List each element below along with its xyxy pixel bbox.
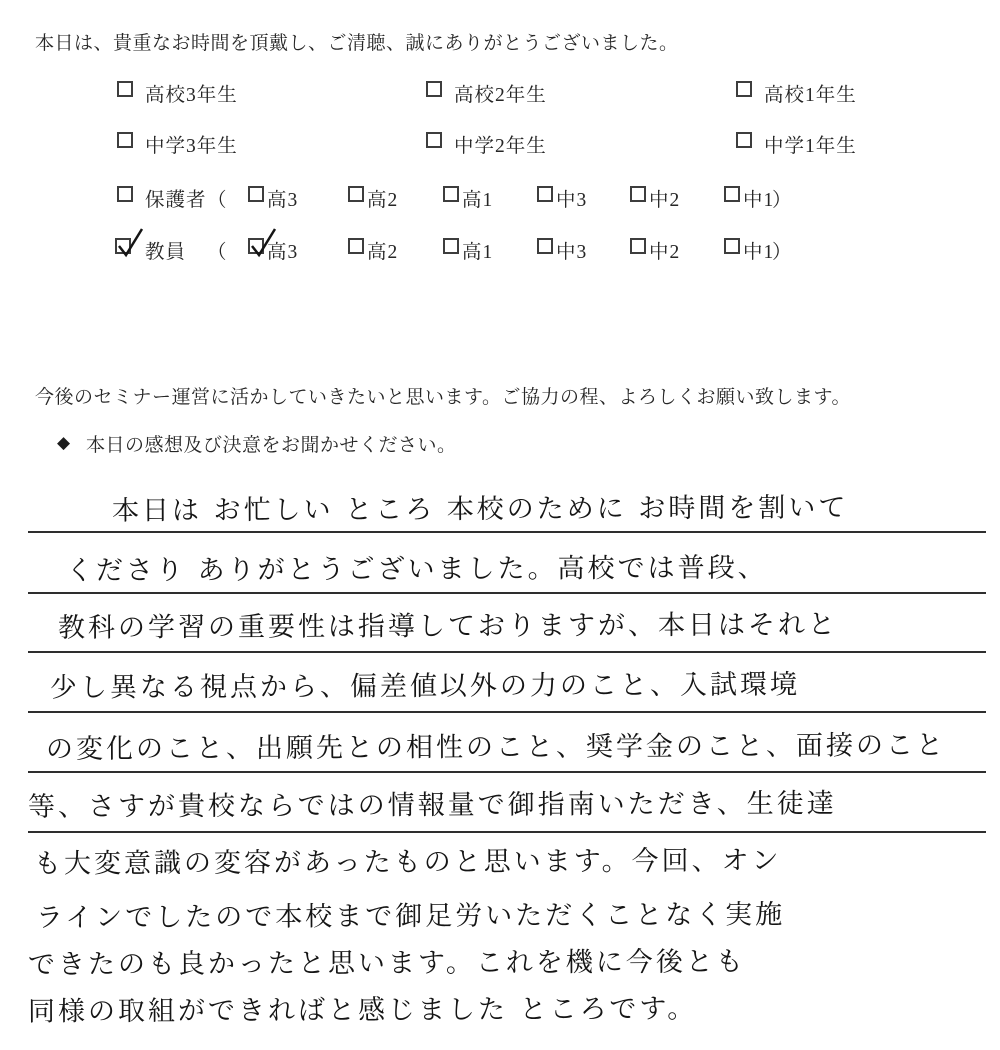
check-mark-icon xyxy=(113,224,145,258)
checkbox-teacher-j1[interactable] xyxy=(724,238,740,254)
handwriting-line: 等、さすが貴校ならではの情報量で御指南いただき、生徒達 xyxy=(28,781,837,824)
checkbox-label-teacher-j1: 中1 xyxy=(743,236,774,264)
ruled-line xyxy=(28,592,986,594)
ruled-line xyxy=(28,651,986,653)
handwriting-line: 同様の取組ができればと感じました ところです。 xyxy=(28,987,697,1029)
checkbox-jhs3[interactable] xyxy=(117,132,133,148)
checkbox-teacher-h1[interactable] xyxy=(443,238,459,254)
diamond-bullet-icon: ◆ xyxy=(57,433,70,453)
checkbox-hs1[interactable] xyxy=(736,81,752,97)
checkbox-jhs1[interactable] xyxy=(736,132,752,148)
checkbox-teacher[interactable] xyxy=(115,238,131,254)
handwriting-line: できたのも良かったと思います。これを機に今後とも xyxy=(28,939,746,981)
handwriting-line: の変化のこと、出願先との相性のこと、奨学金のこと、面接のこと xyxy=(46,723,946,766)
feedback-prompt-label: 本日の感想及び決意をお聞かせください。 xyxy=(86,430,457,457)
handwriting-line: 教科の学習の重要性は指導しておりますが、本日はそれと xyxy=(58,602,838,644)
checkbox-label-teacher-h2: 高2 xyxy=(367,236,398,264)
checkbox-label-hs2: 高校2年生 xyxy=(454,79,547,107)
checkbox-label-teacher-h1: 高1 xyxy=(462,236,493,264)
checkbox-label-jhs3: 中学3年生 xyxy=(145,130,238,158)
grade-row-hs: 高校3年生 高校2年生 高校1年生 xyxy=(0,79,1000,107)
checkbox-hs2[interactable] xyxy=(426,81,442,97)
checkbox-guardian-h2[interactable] xyxy=(348,186,364,202)
handwriting-line: 少し異なる視点から、偏差値以外の力のこと、入試環境 xyxy=(50,662,800,704)
paren-close: ） xyxy=(772,236,792,264)
handwriting-line: も大変意識の変容があったものと思います。今回、オン xyxy=(34,838,782,880)
checkbox-teacher-h3[interactable] xyxy=(248,238,264,254)
checkbox-label-hs1: 高校1年生 xyxy=(764,79,857,107)
checkbox-jhs2[interactable] xyxy=(426,132,442,148)
checkbox-label-teacher: 教員 xyxy=(145,236,186,264)
checkbox-teacher-h2[interactable] xyxy=(348,238,364,254)
checkbox-guardian-h1[interactable] xyxy=(443,186,459,202)
checkbox-hs3[interactable] xyxy=(117,81,133,97)
checkbox-label-guardian-j2: 中2 xyxy=(649,184,680,212)
checkbox-teacher-j2[interactable] xyxy=(630,238,646,254)
ruled-line xyxy=(28,831,986,833)
role-row-teacher: 教員 （ 高3 高2 高1 中3 中2 中1 ） xyxy=(0,236,1000,264)
checkbox-label-teacher-j2: 中2 xyxy=(649,236,680,264)
checkbox-label-guardian-j1: 中1 xyxy=(743,184,774,212)
checkbox-label-teacher-j3: 中3 xyxy=(556,236,587,264)
checkbox-label-guardian-j3: 中3 xyxy=(556,184,587,212)
checkbox-label-guardian-h3: 高3 xyxy=(267,184,298,212)
paren-open: （ xyxy=(207,184,227,212)
handwriting-line: くださり ありがとうございました。高校では普段、 xyxy=(66,545,768,587)
checkbox-label-jhs2: 中学2年生 xyxy=(454,130,547,158)
checkbox-label-hs3: 高校3年生 xyxy=(145,79,238,107)
grade-row-jhs: 中学3年生 中学2年生 中学1年生 xyxy=(0,130,1000,158)
checkbox-label-guardian-h1: 高1 xyxy=(462,184,493,212)
ruled-line xyxy=(28,531,986,533)
role-row-guardian: 保護者 （ 高3 高2 高1 中3 中2 中1 ） xyxy=(0,184,1000,212)
checkbox-guardian-j2[interactable] xyxy=(630,186,646,202)
handwriting-line: ラインでしたので本校まで御足労いただくことなく実施 xyxy=(36,892,785,934)
checkbox-label-teacher-h3: 高3 xyxy=(267,236,298,264)
intro-text: 本日は、貴重なお時間を頂戴し、ご清聴、誠にありがとうございました。 xyxy=(35,28,679,55)
checkbox-label-jhs1: 中学1年生 xyxy=(764,130,857,158)
checkbox-label-guardian: 保護者 xyxy=(145,184,207,212)
checkbox-guardian-j1[interactable] xyxy=(724,186,740,202)
checkbox-label-guardian-h2: 高2 xyxy=(367,184,398,212)
checkbox-teacher-j3[interactable] xyxy=(537,238,553,254)
checkbox-guardian[interactable] xyxy=(117,186,133,202)
closing-note: 今後のセミナー運営に活かしていきたいと思います。ご協力の程、よろしくお願い致しま… xyxy=(35,382,851,409)
paren-open: （ xyxy=(207,236,227,264)
checkbox-guardian-j3[interactable] xyxy=(537,186,553,202)
checkbox-guardian-h3[interactable] xyxy=(248,186,264,202)
ruled-line xyxy=(28,711,986,713)
ruled-line xyxy=(28,771,986,773)
handwriting-line: 本日は お忙しい ところ 本校のために お時間を割いて xyxy=(112,485,849,527)
paren-close: ） xyxy=(772,184,792,212)
